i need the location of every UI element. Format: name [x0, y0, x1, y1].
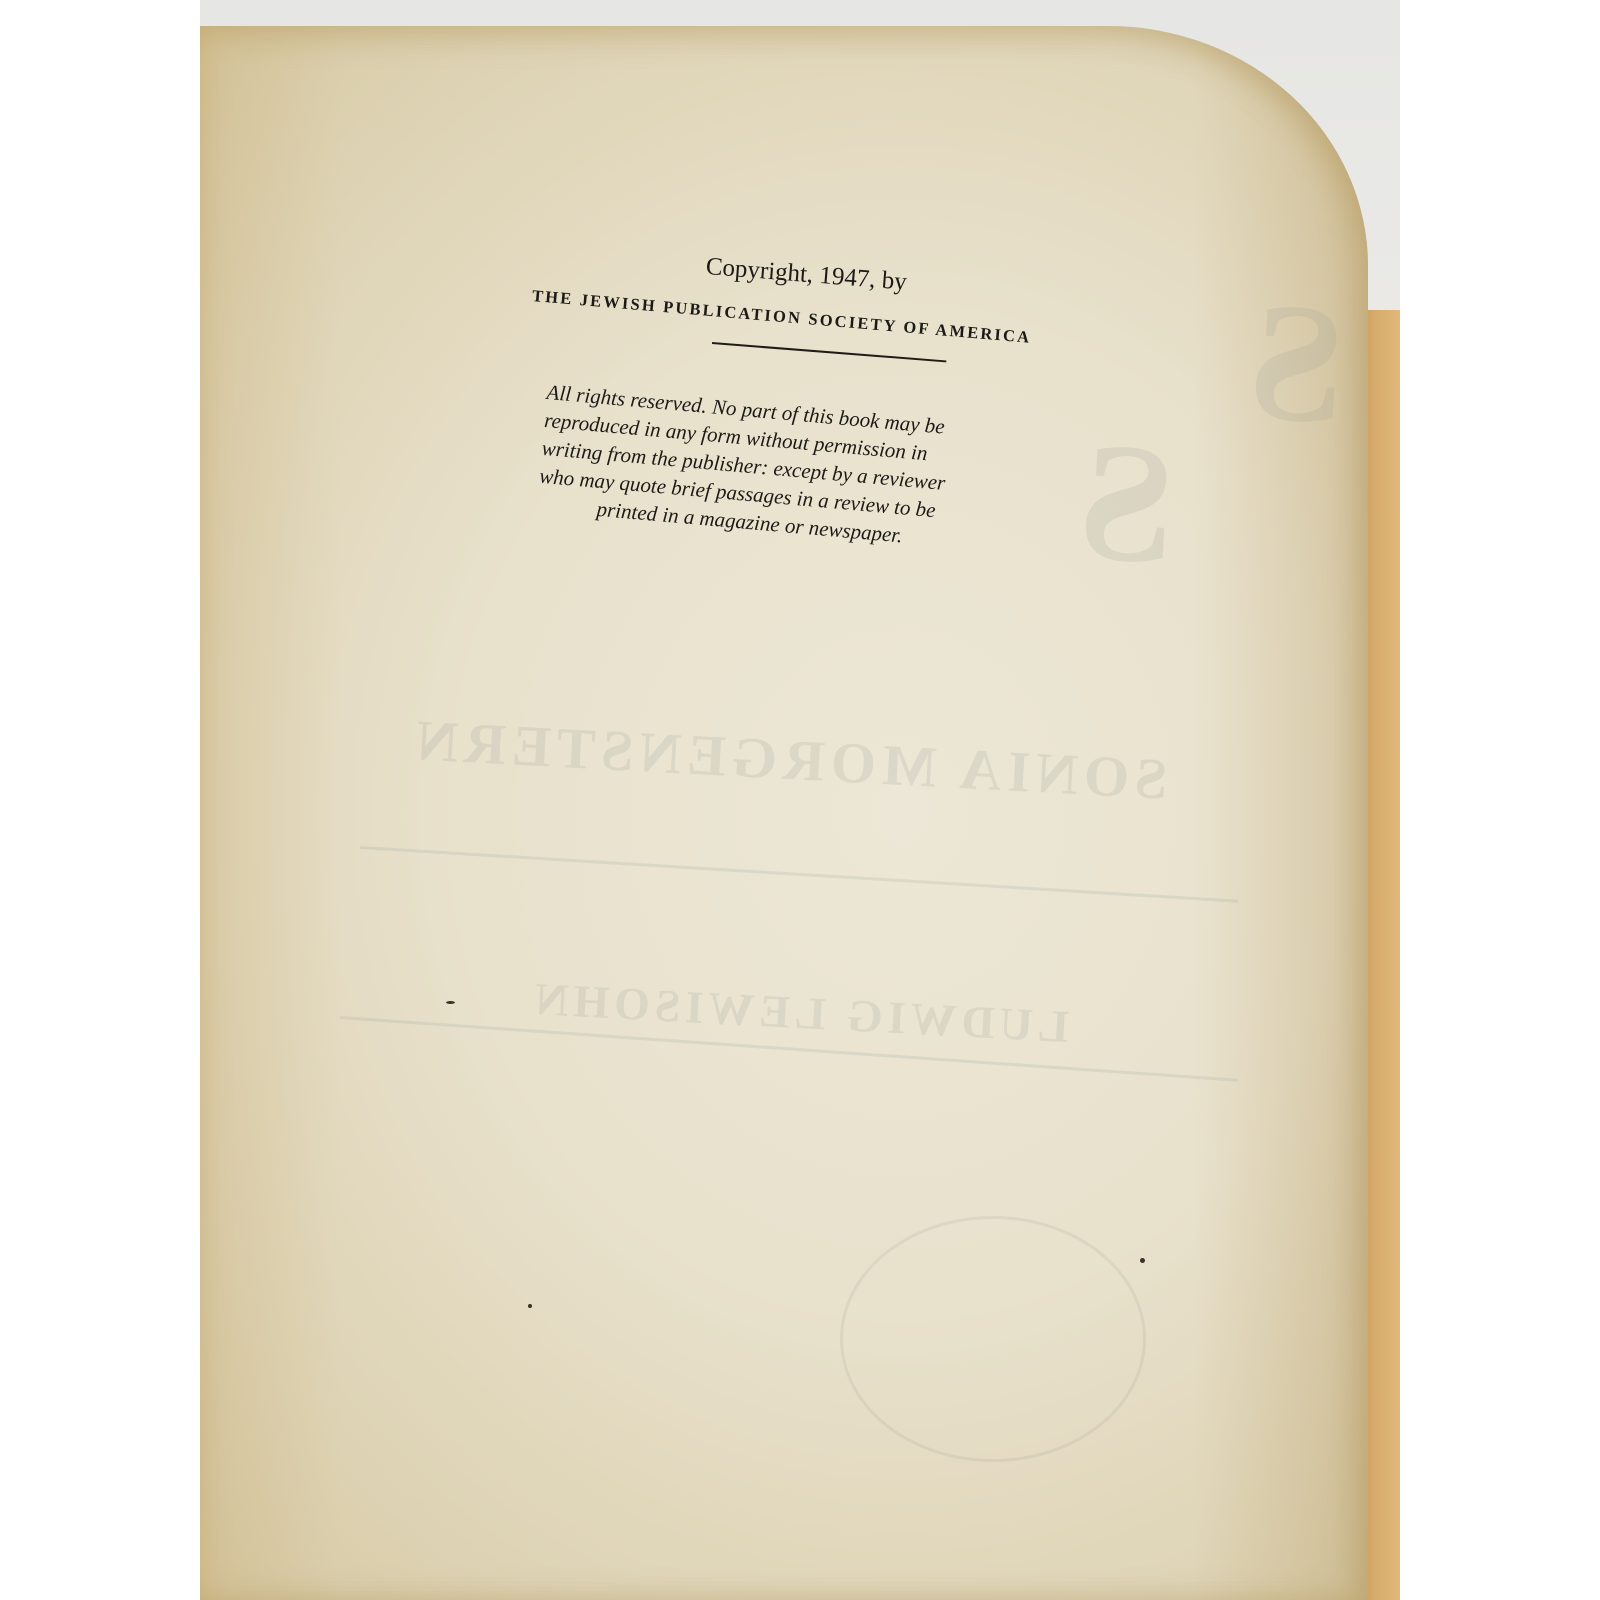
paper-speck — [1140, 1258, 1145, 1263]
show-through-translator: LUDWIG LEWISOHN — [529, 972, 1070, 1053]
paper-speck — [528, 1304, 532, 1308]
show-through-rule-1 — [360, 846, 1239, 903]
show-through-author: SONIA MORGENSTERN — [409, 706, 1169, 813]
show-through-title: S — [1245, 264, 1350, 464]
show-through-seal — [840, 1216, 1146, 1462]
paper-speck — [446, 1001, 455, 1004]
